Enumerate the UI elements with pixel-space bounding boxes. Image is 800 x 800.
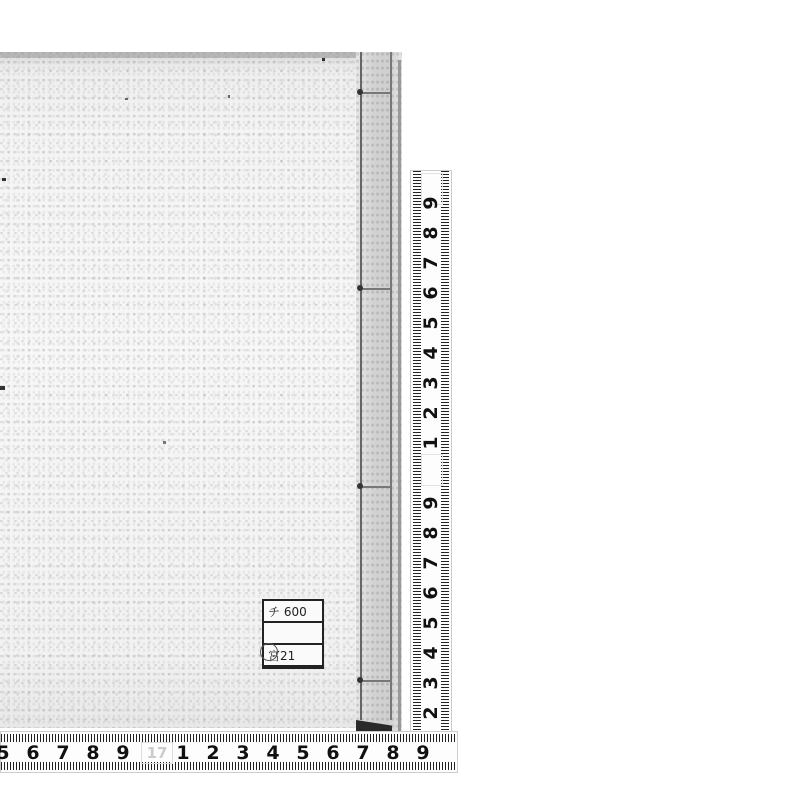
library-call-number-label: チ 600 宮21	[262, 599, 324, 669]
book-spine	[356, 52, 402, 732]
ruler-number: 6	[421, 283, 441, 303]
ruler-number: 9	[413, 743, 433, 763]
ruler-number: 5	[421, 313, 441, 333]
ruler-number: 5	[0, 743, 13, 763]
label-row	[264, 623, 322, 645]
cover-speck	[0, 386, 5, 390]
binding-stitch	[360, 288, 392, 290]
ruler-number: 1	[421, 433, 441, 453]
ruler-number: 5	[421, 613, 441, 633]
ruler-number: 8	[421, 523, 441, 543]
ruler-number: 4	[421, 643, 441, 663]
label-stamp-circle	[260, 643, 278, 661]
cover-speck	[322, 58, 325, 61]
ruler-number: 9	[421, 493, 441, 513]
ruler-number: 3	[233, 743, 253, 763]
spine-edge	[398, 60, 401, 732]
ruler-number: 7	[421, 553, 441, 573]
ruler-number: 9	[113, 743, 133, 763]
binding-knot	[357, 677, 363, 683]
ruler-number: 7	[53, 743, 73, 763]
cover-speck	[2, 178, 6, 181]
ruler-number: 4	[421, 343, 441, 363]
vertical-ruler: 9 8 7 6 5 4 3 2 1 9 8 7 6 5 4 3 2	[410, 170, 452, 732]
ruler-decimeter-marker	[421, 454, 443, 486]
binding-thread-left	[360, 52, 362, 720]
cover-top-edge	[0, 52, 398, 58]
ruler-ticks	[1, 734, 457, 742]
binding-thread-right	[390, 52, 392, 720]
ruler-number: 3	[421, 673, 441, 693]
ruler-number: 9	[421, 193, 441, 213]
binding-knot	[357, 89, 363, 95]
ruler-number: 5	[293, 743, 313, 763]
ruler-number: 1	[173, 743, 193, 763]
ruler-number: 7	[353, 743, 373, 763]
cover-speck	[228, 95, 230, 98]
ruler-number: 6	[421, 583, 441, 603]
binding-stitch	[360, 92, 392, 94]
ruler-number: 6	[323, 743, 343, 763]
ruler-number: 2	[203, 743, 223, 763]
label-row: チ 600	[264, 601, 322, 623]
ruler-number: 2	[421, 403, 441, 423]
ruler-number: 2	[421, 703, 441, 723]
ruler-number: 8	[383, 743, 403, 763]
binding-knot	[357, 285, 363, 291]
binding-knot	[357, 483, 363, 489]
ruler-number: 4	[263, 743, 283, 763]
ruler-number: 6	[23, 743, 43, 763]
ruler-ticks	[441, 171, 449, 731]
ruler-decimeter-marker: 17	[141, 742, 173, 764]
cover-speck	[125, 98, 128, 100]
binding-stitch	[360, 486, 392, 488]
ruler-number: 3	[421, 373, 441, 393]
ruler-number: 7	[421, 253, 441, 273]
binding-stitch	[360, 680, 392, 682]
cover-speck	[163, 441, 166, 444]
ruler-number: 8	[421, 223, 441, 243]
ruler-number: 8	[83, 743, 103, 763]
horizontal-ruler: 5 6 7 8 9 17 1 2 3 4 5 6 7 8 9	[0, 731, 458, 773]
